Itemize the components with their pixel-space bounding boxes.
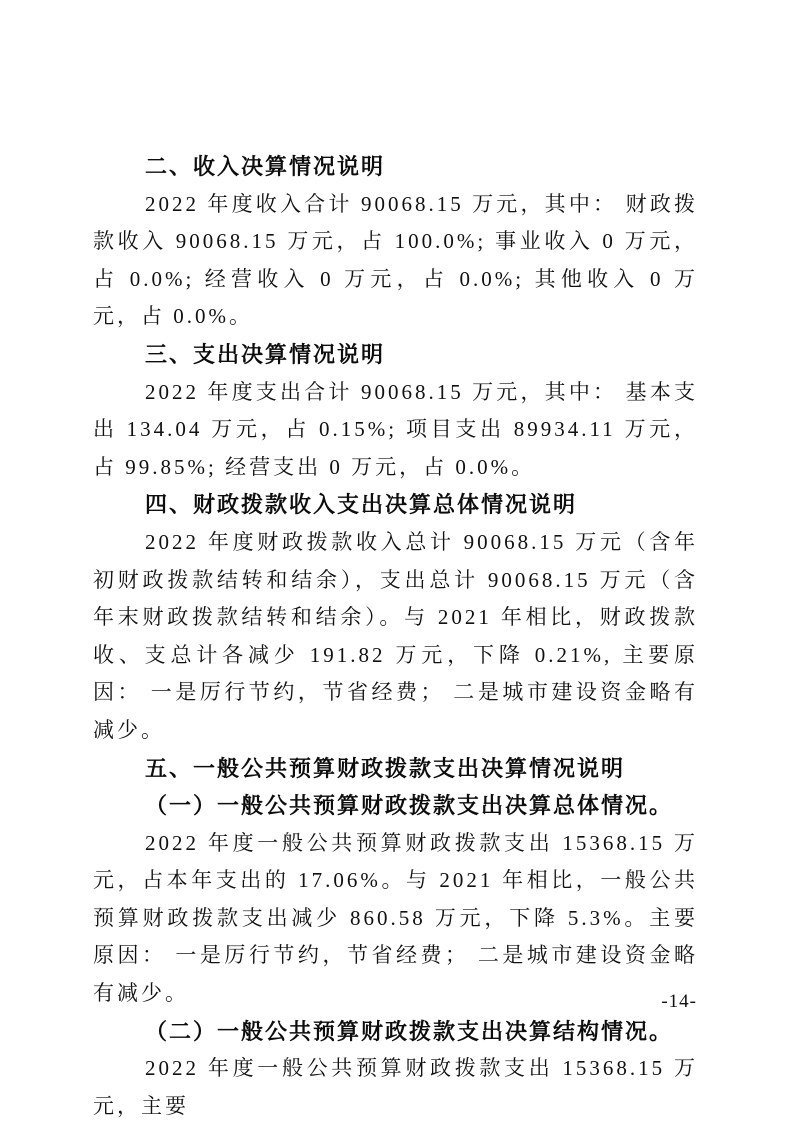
heading-income-final-accounts: 二、收入决算情况说明: [93, 148, 698, 186]
subheading-general-budget-overall-situation: （一）一般公共预算财政拨款支出决算总体情况。: [93, 787, 698, 825]
heading-fiscal-appropriation-overall: 四、财政拨款收入支出决算总体情况说明: [93, 486, 698, 524]
heading-expenditure-final-accounts: 三、支出决算情况说明: [93, 336, 698, 374]
document-page: 二、收入决算情况说明 2022 年度收入合计 90068.15 万元，其中： 财…: [0, 0, 793, 1122]
page-number: -14-: [661, 991, 697, 1013]
paragraph-general-budget-structure-situation: 2022 年度一般公共预算财政拨款支出 15368.15 万元，主要: [93, 1050, 698, 1122]
paragraph-fiscal-appropriation-overall: 2022 年度财政拨款收入总计 90068.15 万元（含年初财政拨款结转和结余…: [93, 524, 698, 750]
document-body: 二、收入决算情况说明 2022 年度收入合计 90068.15 万元，其中： 财…: [93, 148, 698, 1122]
paragraph-expenditure-final-accounts: 2022 年度支出合计 90068.15 万元，其中： 基本支出 134.04 …: [93, 374, 698, 487]
paragraph-income-final-accounts: 2022 年度收入合计 90068.15 万元，其中： 财政拨款收入 90068…: [93, 186, 698, 336]
paragraph-general-budget-overall-situation: 2022 年度一般公共预算财政拨款支出 15368.15 万元，占本年支出的 1…: [93, 825, 698, 1013]
subheading-general-budget-structure-situation: （二）一般公共预算财政拨款支出决算结构情况。: [93, 1013, 698, 1051]
heading-general-public-budget-expenditure: 五、一般公共预算财政拨款支出决算情况说明: [93, 750, 698, 788]
